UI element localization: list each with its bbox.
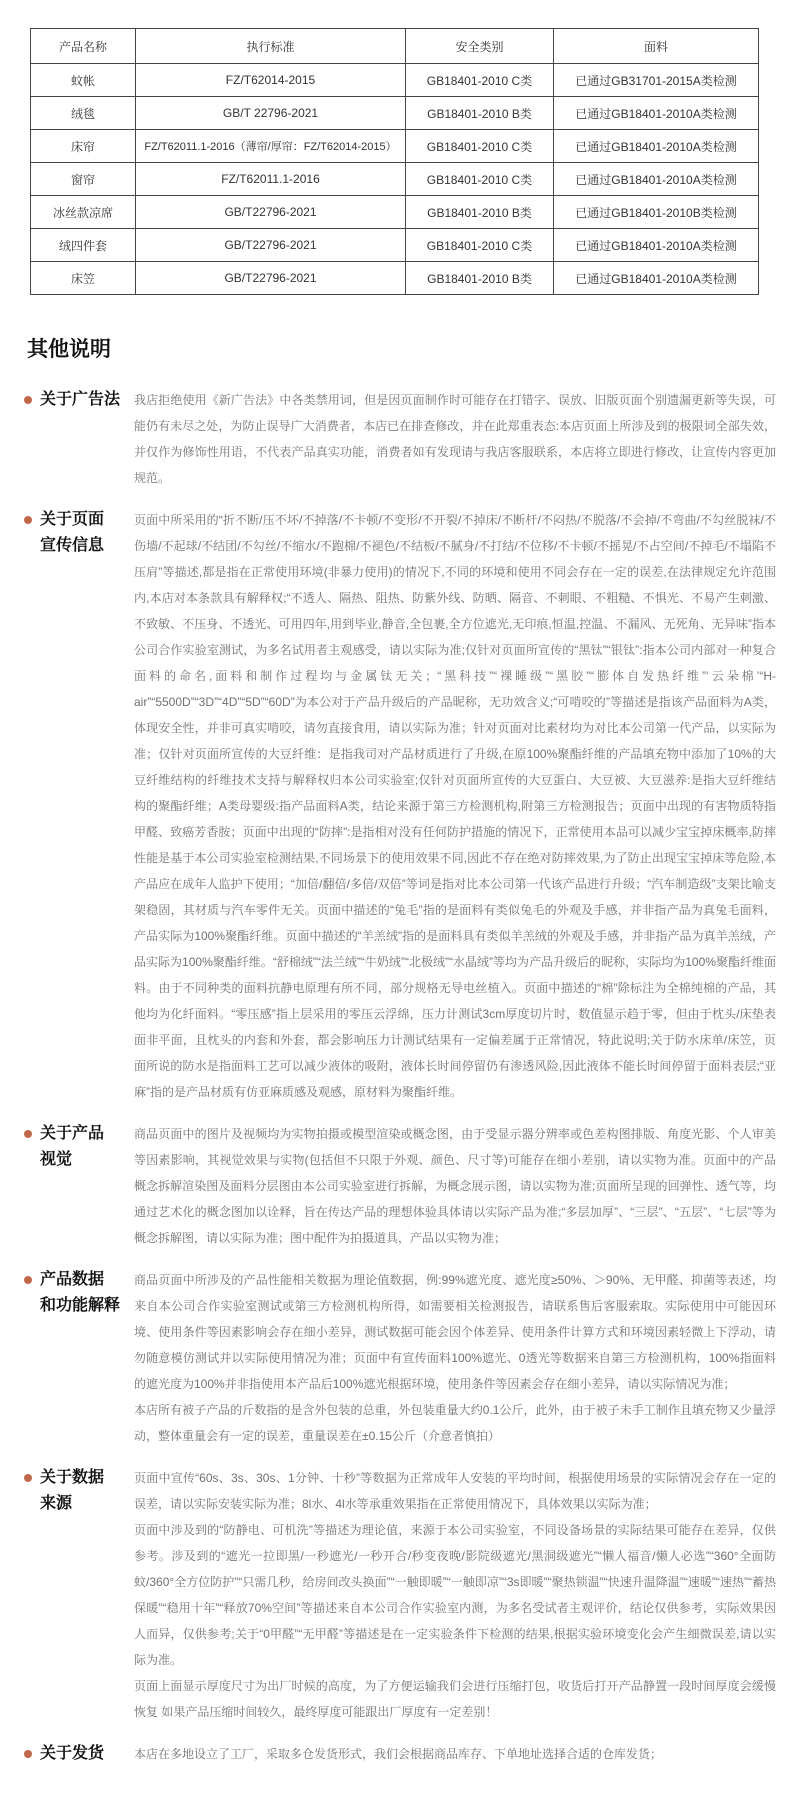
- table-row: 绒毯 GB/T 22796-2021 GB18401-2010 B类 已通过GB…: [31, 97, 759, 130]
- product-name-cell: 窗帘: [31, 163, 136, 196]
- page-title: 其他说明: [27, 333, 776, 363]
- paragraph: 商品页面中的图片及视频均为实物拍摄或模型渲染或概念图，由于受显示器分辨率或色差构…: [134, 1121, 776, 1251]
- table-row: 冰丝款凉席 GB/T22796-2021 GB18401-2010 B类 已通过…: [31, 196, 759, 229]
- product-name-cell: 绒四件套: [31, 229, 136, 262]
- section-body: 页面中所采用的“折不断/压不坏/不掉落/不卡顿/不变形/不开裂/不掉床/不断杆/…: [134, 507, 776, 1105]
- section-heading: 产品数据 和功能解释: [40, 1267, 120, 1319]
- table-row: 蚊帐 FZ/T62014-2015 GB18401-2010 C类 已通过GB3…: [31, 64, 759, 97]
- table-row: 绒四件套 GB/T22796-2021 GB18401-2010 C类 已通过G…: [31, 229, 759, 262]
- fabric-cell: 已通过GB18401-2010B类检测: [554, 196, 759, 229]
- bullet-icon: [24, 396, 32, 404]
- col-header-safety-class: 安全类别: [406, 29, 554, 64]
- bullet-icon: [24, 1474, 32, 1482]
- section-heading: 关于广告法: [40, 387, 120, 413]
- table-row: 床帘 FZ/T62011.1-2016（薄帘/厚帘：FZ/T62014-2015…: [31, 130, 759, 163]
- section-shipping: 关于发货 本店在多地设立了工厂，采取多仓发货形式，我们会根据商品库存、下单地址选…: [24, 1741, 776, 1767]
- section-body: 我店拒绝使用《新广告法》中各类禁用词，但是因页面制作时可能存在打错字、误放、旧版…: [134, 387, 776, 491]
- product-name-cell: 冰丝款凉席: [31, 196, 136, 229]
- safety-class-cell: GB18401-2010 C类: [406, 64, 554, 97]
- product-name-cell: 床帘: [31, 130, 136, 163]
- paragraph: 商品页面中所涉及的产品性能相关数据为理论值数据，例:99%遮光度、遮光度≥50%…: [134, 1267, 776, 1397]
- section-label: 关于发货: [24, 1741, 134, 1767]
- paragraph: 页面中宣传“60s、3s、30s、1分钟、十秒”等数据为正常成年人安装的平均时间…: [134, 1465, 776, 1517]
- section-label: 关于广告法: [24, 387, 134, 413]
- paragraph: 我店拒绝使用《新广告法》中各类禁用词，但是因页面制作时可能存在打错字、误放、旧版…: [134, 387, 776, 491]
- paragraph: 本店所有被子产品的斤数指的是含外包装的总重，外包装重量大约0.1公斤，此外，由于…: [134, 1397, 776, 1449]
- standard-cell: GB/T22796-2021: [136, 229, 406, 262]
- fabric-cell: 已通过GB31701-2015A类检测: [554, 64, 759, 97]
- paragraph: 页面中涉及到的“防静电、可机洗”等描述为理论值，来源于本公司实验室，不同设备场景…: [134, 1517, 776, 1673]
- col-header-product-name: 产品名称: [31, 29, 136, 64]
- section-heading: 关于页面 宣传信息: [40, 507, 104, 559]
- paragraph: 页面中所采用的“折不断/压不坏/不掉落/不卡顿/不变形/不开裂/不掉床/不断杆/…: [134, 507, 776, 1105]
- safety-class-cell: GB18401-2010 C类: [406, 130, 554, 163]
- col-header-fabric: 面料: [554, 29, 759, 64]
- paragraph: 本店在多地设立了工厂，采取多仓发货形式，我们会根据商品库存、下单地址选择合适的仓…: [134, 1741, 776, 1767]
- table-header-row: 产品名称 执行标准 安全类别 面料: [31, 29, 759, 64]
- standard-cell: GB/T22796-2021: [136, 196, 406, 229]
- section-product-visual: 关于产品 视觉 商品页面中的图片及视频均为实物拍摄或模型渲染或概念图，由于受显示…: [24, 1121, 776, 1251]
- section-body: 页面中宣传“60s、3s、30s、1分钟、十秒”等数据为正常成年人安装的平均时间…: [134, 1465, 776, 1725]
- standard-cell: GB/T 22796-2021: [136, 97, 406, 130]
- fabric-cell: 已通过GB18401-2010A类检测: [554, 163, 759, 196]
- section-label: 关于数据 来源: [24, 1465, 134, 1517]
- fabric-cell: 已通过GB18401-2010A类检测: [554, 97, 759, 130]
- bullet-icon: [24, 1130, 32, 1138]
- section-data-source: 关于数据 来源 页面中宣传“60s、3s、30s、1分钟、十秒”等数据为正常成年…: [24, 1465, 776, 1725]
- safety-class-cell: GB18401-2010 B类: [406, 97, 554, 130]
- standard-cell: FZ/T62011.1-2016: [136, 163, 406, 196]
- section-label: 产品数据 和功能解释: [24, 1267, 134, 1319]
- section-page-promo: 关于页面 宣传信息 页面中所采用的“折不断/压不坏/不掉落/不卡顿/不变形/不开…: [24, 507, 776, 1105]
- section-product-data: 产品数据 和功能解释 商品页面中所涉及的产品性能相关数据为理论值数据，例:99%…: [24, 1267, 776, 1449]
- safety-class-cell: GB18401-2010 C类: [406, 163, 554, 196]
- safety-class-cell: GB18401-2010 C类: [406, 229, 554, 262]
- standards-table: 产品名称 执行标准 安全类别 面料 蚊帐 FZ/T62014-2015 GB18…: [30, 28, 759, 295]
- standard-cell: FZ/T62011.1-2016（薄帘/厚帘：FZ/T62014-2015）: [136, 130, 406, 163]
- safety-class-cell: GB18401-2010 B类: [406, 262, 554, 295]
- fabric-cell: 已通过GB18401-2010A类检测: [554, 229, 759, 262]
- section-label: 关于产品 视觉: [24, 1121, 134, 1173]
- table-row: 床笠 GB/T22796-2021 GB18401-2010 B类 已通过GB1…: [31, 262, 759, 295]
- product-name-cell: 蚊帐: [31, 64, 136, 97]
- section-label: 关于页面 宣传信息: [24, 507, 134, 559]
- fabric-cell: 已通过GB18401-2010A类检测: [554, 130, 759, 163]
- section-body: 本店在多地设立了工厂，采取多仓发货形式，我们会根据商品库存、下单地址选择合适的仓…: [134, 1741, 776, 1767]
- standard-cell: GB/T22796-2021: [136, 262, 406, 295]
- product-name-cell: 绒毯: [31, 97, 136, 130]
- product-name-cell: 床笠: [31, 262, 136, 295]
- paragraph: 页面上面显示厚度尺寸为出厂时候的高度，为了方便运输我们会进行压缩打包，收货后打开…: [134, 1673, 776, 1725]
- section-body: 商品页面中所涉及的产品性能相关数据为理论值数据，例:99%遮光度、遮光度≥50%…: [134, 1267, 776, 1449]
- section-ad-law: 关于广告法 我店拒绝使用《新广告法》中各类禁用词，但是因页面制作时可能存在打错字…: [24, 387, 776, 491]
- product-notes-page: 产品名称 执行标准 安全类别 面料 蚊帐 FZ/T62014-2015 GB18…: [0, 0, 790, 1813]
- section-body: 商品页面中的图片及视频均为实物拍摄或模型渲染或概念图，由于受显示器分辨率或色差构…: [134, 1121, 776, 1251]
- table-row: 窗帘 FZ/T62011.1-2016 GB18401-2010 C类 已通过G…: [31, 163, 759, 196]
- bullet-icon: [24, 1276, 32, 1284]
- section-heading: 关于数据 来源: [40, 1465, 104, 1517]
- section-heading: 关于产品 视觉: [40, 1121, 104, 1173]
- fabric-cell: 已通过GB18401-2010A类检测: [554, 262, 759, 295]
- section-heading: 关于发货: [40, 1741, 104, 1767]
- safety-class-cell: GB18401-2010 B类: [406, 196, 554, 229]
- col-header-standard: 执行标准: [136, 29, 406, 64]
- bullet-icon: [24, 516, 32, 524]
- standard-cell: FZ/T62014-2015: [136, 64, 406, 97]
- bullet-icon: [24, 1750, 32, 1758]
